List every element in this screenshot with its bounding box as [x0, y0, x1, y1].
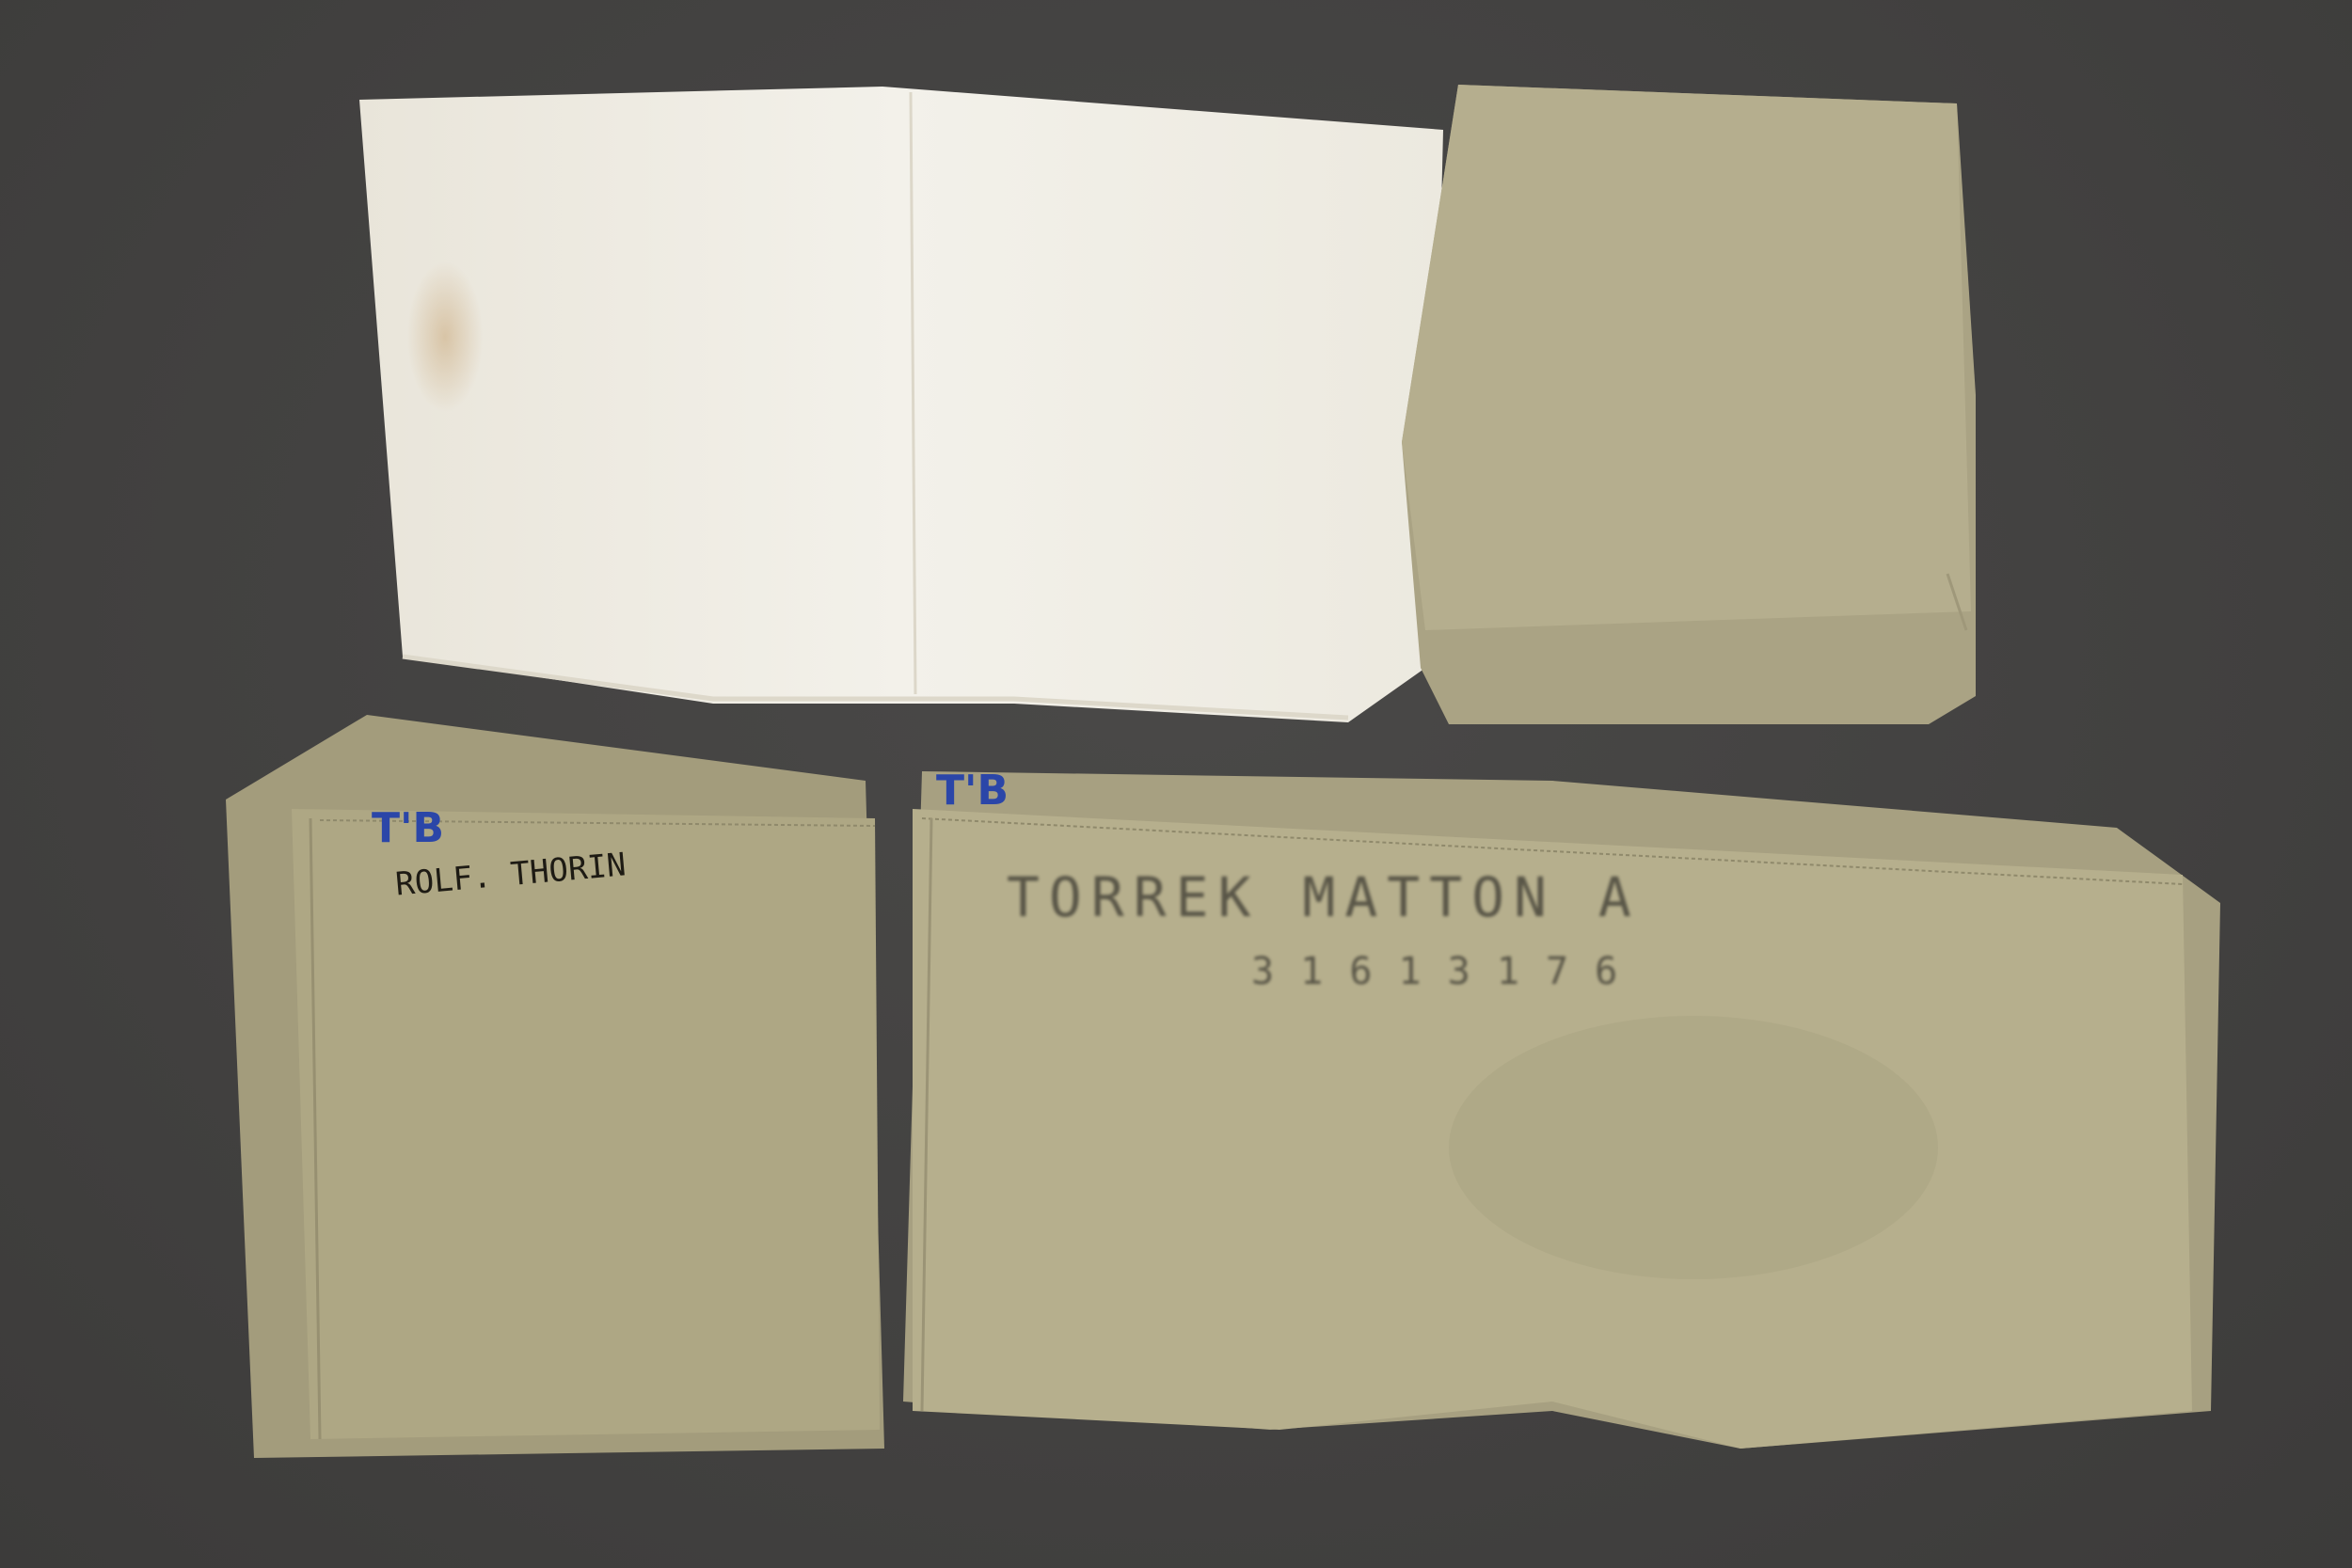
khaki-bottom-right-shape: [894, 752, 2230, 1467]
white-armband: [356, 83, 1447, 734]
khaki-armband-top-right: [1392, 85, 2032, 743]
felt-background: T'B ROLF. THORIN T'B TORREK MATTON A 3 1…: [0, 0, 2352, 1568]
embroidered-mark-tb: T'B: [936, 767, 1009, 815]
embroidered-mark-tb: T'B: [372, 804, 444, 852]
khaki-armband-bottom-left: T'B ROLF. THORIN: [216, 715, 894, 1467]
khaki-armband-bottom-right: T'B TORREK MATTON A 3 1 6 1 3 1 7 6: [894, 752, 2230, 1467]
white-armband-shape: [356, 83, 1447, 734]
handwritten-number-faded: 3 1 6 1 3 1 7 6: [1251, 950, 1619, 993]
khaki-top-right-shape: [1392, 85, 2032, 743]
khaki-bottom-left-shape: [216, 715, 894, 1467]
handwritten-name-faded: TORREK MATTON A: [1007, 865, 1641, 929]
